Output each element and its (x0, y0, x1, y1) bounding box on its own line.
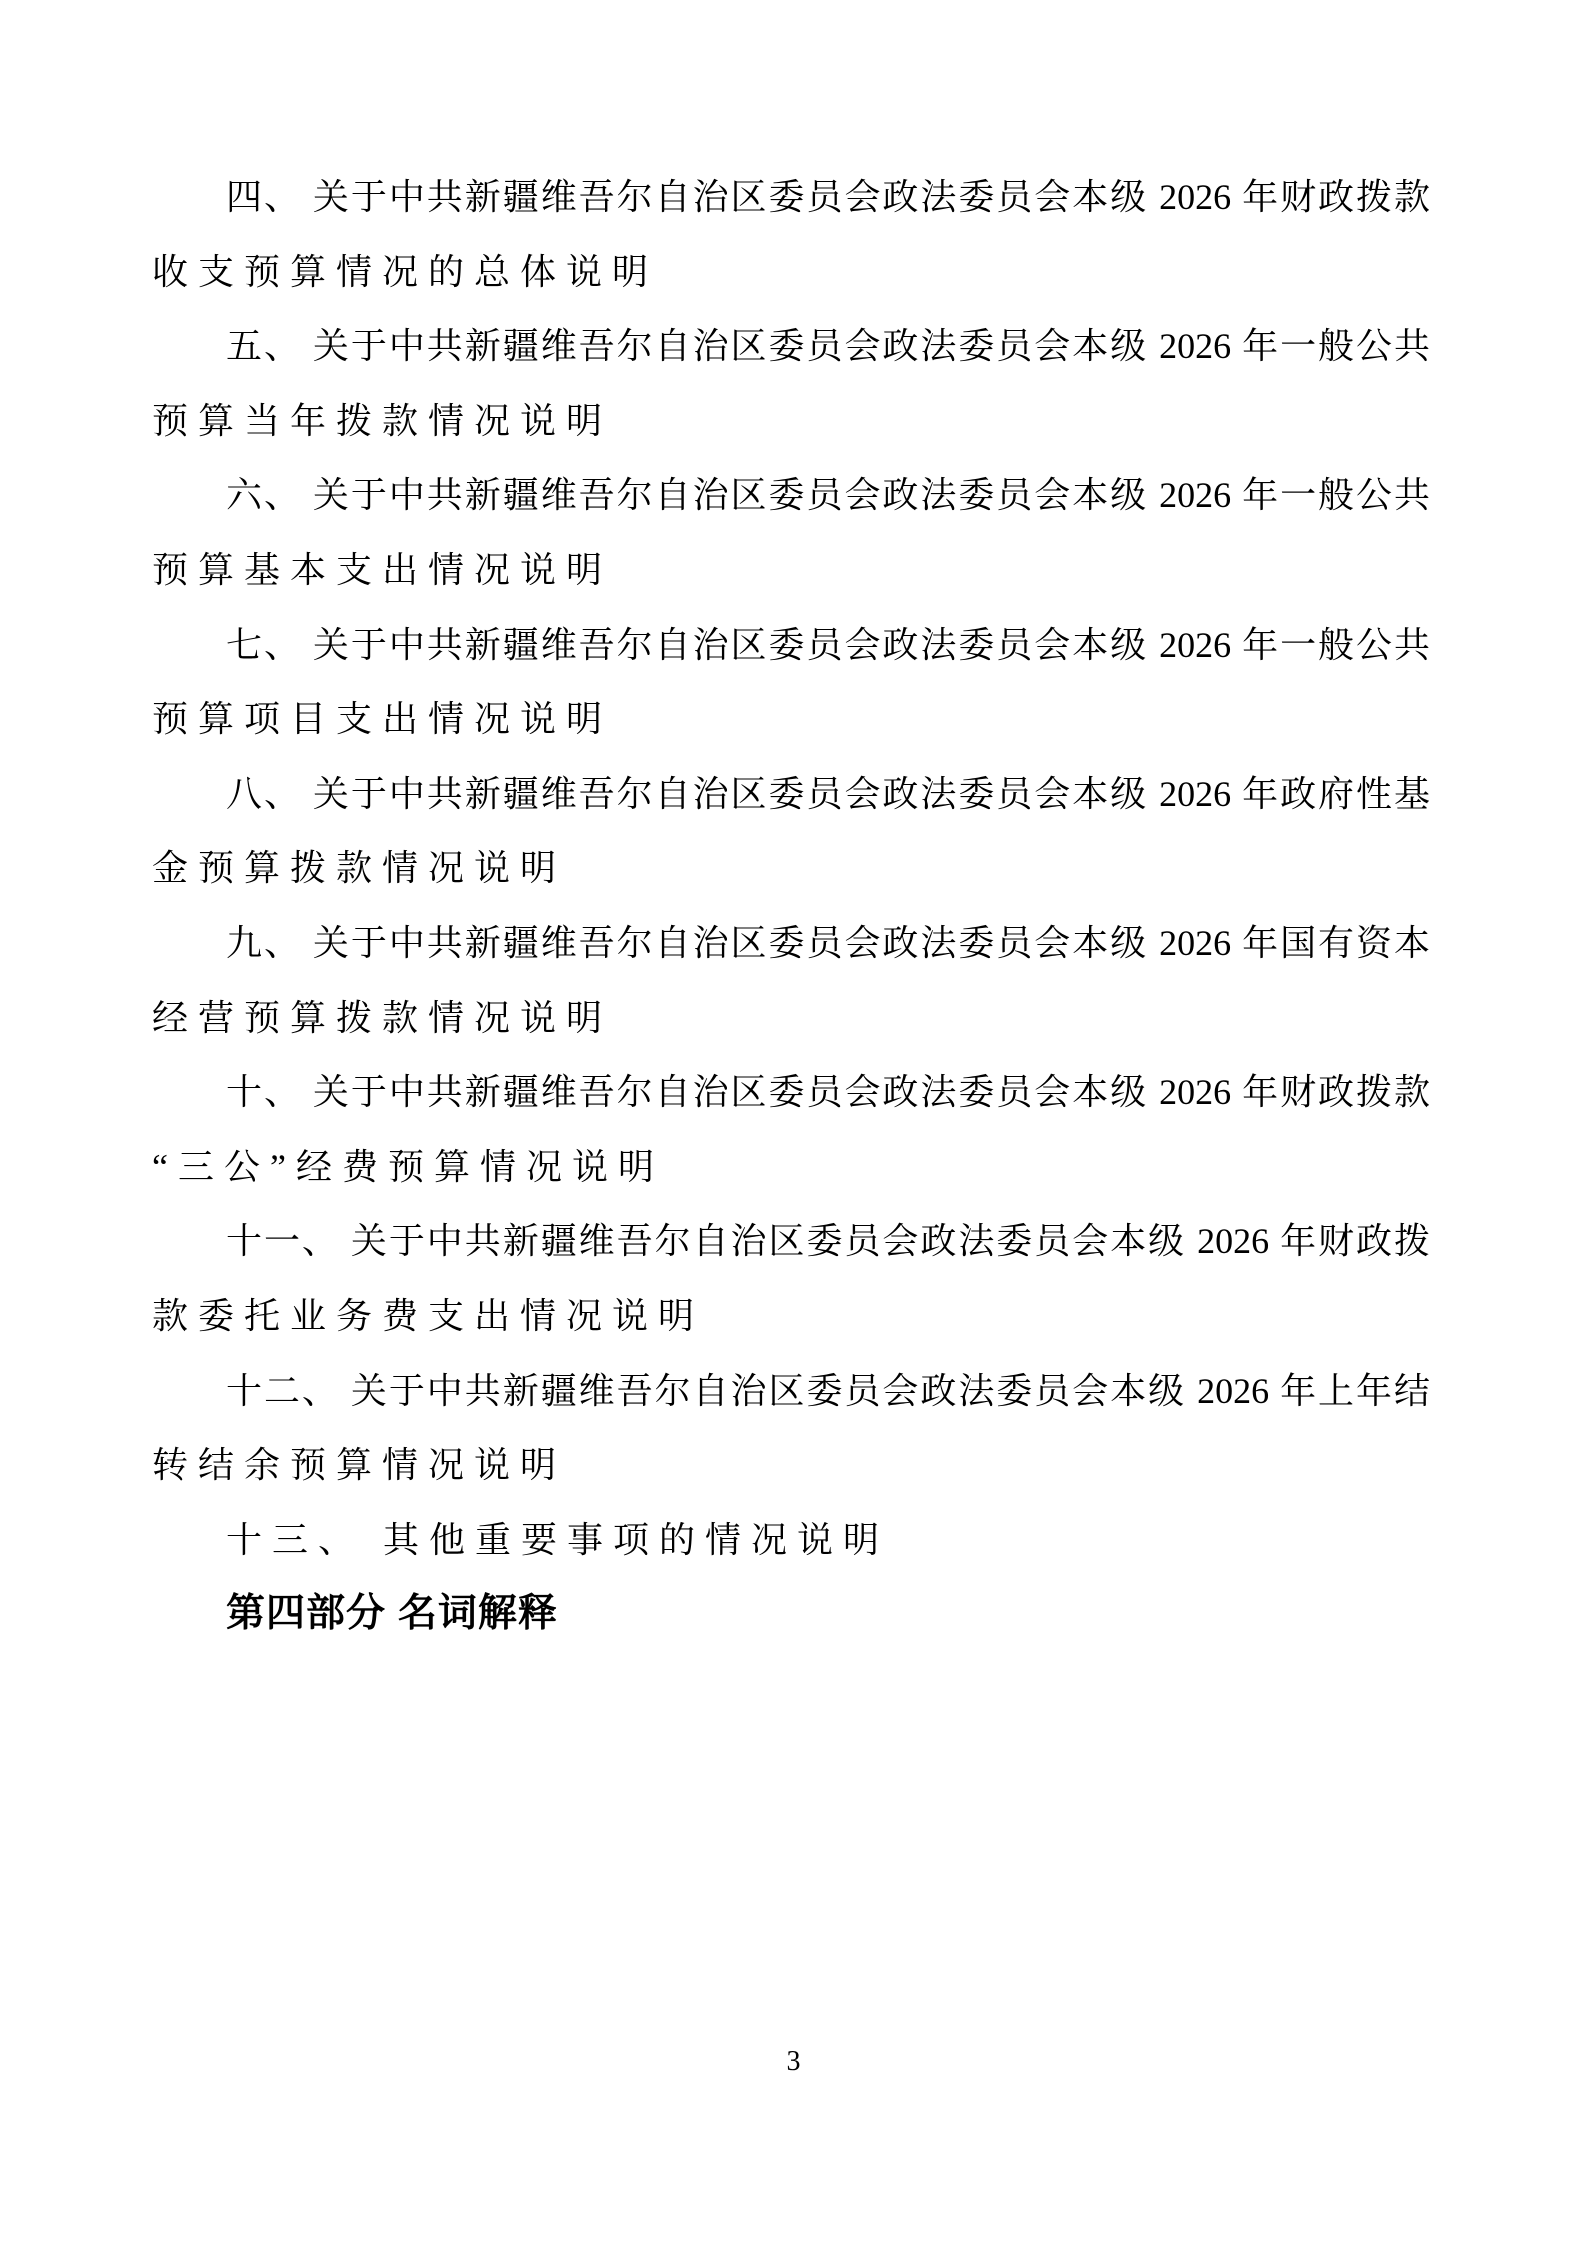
toc-line: 收支预算情况的总体说明 (152, 235, 1430, 310)
toc-line: 预算当年拨款情况说明 (152, 384, 1430, 459)
toc-line: 经营预算拨款情况说明 (152, 981, 1430, 1056)
toc-line: 款委托业务费支出情况说明 (152, 1279, 1430, 1354)
document-page: 四、 关于中共新疆维吾尔自治区委员会政法委员会本级 2026 年财政拨款 收支预… (0, 0, 1587, 2245)
page-number: 3 (0, 2042, 1587, 2082)
toc-line: 十一、 关于中共新疆维吾尔自治区委员会政法委员会本级 2026 年财政拨 (152, 1204, 1430, 1279)
section-heading: 第四部分 名词解释 (152, 1577, 1430, 1652)
toc-line: 八、 关于中共新疆维吾尔自治区委员会政法委员会本级 2026 年政府性基 (152, 757, 1430, 832)
toc-line: 六、 关于中共新疆维吾尔自治区委员会政法委员会本级 2026 年一般公共 (152, 458, 1430, 533)
toc-line: 金预算拨款情况说明 (152, 831, 1430, 906)
toc-content: 四、 关于中共新疆维吾尔自治区委员会政法委员会本级 2026 年财政拨款 收支预… (152, 160, 1430, 1652)
toc-line: 七、 关于中共新疆维吾尔自治区委员会政法委员会本级 2026 年一般公共 (152, 608, 1430, 683)
toc-line: “三公”经费预算情况说明 (152, 1130, 1430, 1205)
toc-line: 四、 关于中共新疆维吾尔自治区委员会政法委员会本级 2026 年财政拨款 (152, 160, 1430, 235)
toc-line: 预算基本支出情况说明 (152, 533, 1430, 608)
toc-line: 转结余预算情况说明 (152, 1428, 1430, 1503)
toc-line: 预算项目支出情况说明 (152, 682, 1430, 757)
toc-line: 十三、 其他重要事项的情况说明 (152, 1503, 1430, 1578)
toc-line: 五、 关于中共新疆维吾尔自治区委员会政法委员会本级 2026 年一般公共 (152, 309, 1430, 384)
toc-line: 十二、 关于中共新疆维吾尔自治区委员会政法委员会本级 2026 年上年结 (152, 1354, 1430, 1429)
toc-line: 九、 关于中共新疆维吾尔自治区委员会政法委员会本级 2026 年国有资本 (152, 906, 1430, 981)
toc-line: 十、 关于中共新疆维吾尔自治区委员会政法委员会本级 2026 年财政拨款 (152, 1055, 1430, 1130)
